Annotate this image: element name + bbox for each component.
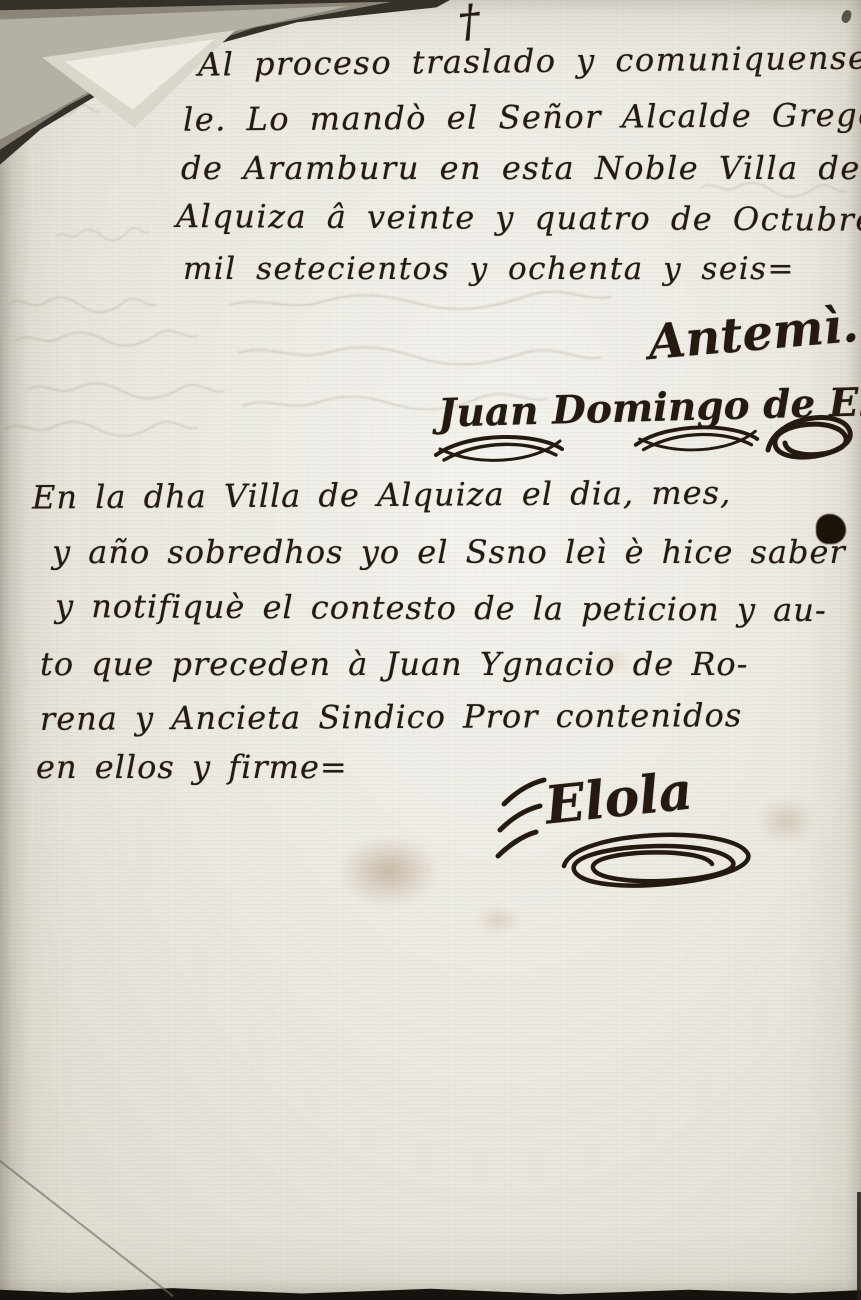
bleed-through-line (26, 378, 226, 403)
paper-stain (338, 836, 440, 906)
decree-line: mil setecientos y ochenta y seis= (183, 251, 795, 287)
paper-stain (757, 798, 815, 844)
signature-rubric-flourish (430, 427, 570, 469)
notification-line: y año sobredhos yo el Ssno leì è hice sa… (52, 533, 846, 571)
bottom-left-crease (0, 1157, 174, 1297)
bleed-through-line (235, 341, 605, 371)
notification-line: to que preceden à Juan Ygnacio de Ro- (40, 645, 748, 683)
top-right-speck (840, 9, 853, 24)
decree-line: de Aramburu en esta Noble Villa de (181, 149, 861, 187)
signature-rubric-flourish (630, 417, 765, 459)
attestation-ante-mi: Antemì. (646, 297, 861, 371)
decree-line: Alquiza â veinte y quatro de Octubre de (176, 197, 861, 239)
decree-line: le. Lo mandò el Señor Alcalde Gregorio (183, 95, 861, 138)
bleed-through-line (55, 224, 151, 245)
closing-signature-rubric-knot (552, 818, 764, 904)
notification-line: En la dha Villa de Alquiza el dia, mes, (32, 474, 731, 517)
bleed-through-line (14, 326, 199, 351)
signature-rubric-knot (762, 398, 860, 474)
paper-stain (476, 906, 520, 934)
right-page-edge (857, 1192, 861, 1300)
bleed-through-line (8, 293, 158, 318)
notification-line: en ellos y firme= (36, 748, 348, 786)
document-page: † Al proceso traslado y comuniquense- le… (0, 0, 861, 1300)
bleed-through-line (4, 418, 199, 440)
notification-line: y notifiquè el contesto de la peticion y… (55, 587, 827, 629)
bottom-scan-edge (0, 1283, 861, 1300)
notification-line: rena y Ancieta Sindico Pror contenidos (40, 696, 742, 738)
bleed-through-line (225, 287, 615, 318)
invocation-cross: † (455, 0, 482, 48)
decree-line: Al proceso traslado y comuniquense- (198, 38, 861, 83)
